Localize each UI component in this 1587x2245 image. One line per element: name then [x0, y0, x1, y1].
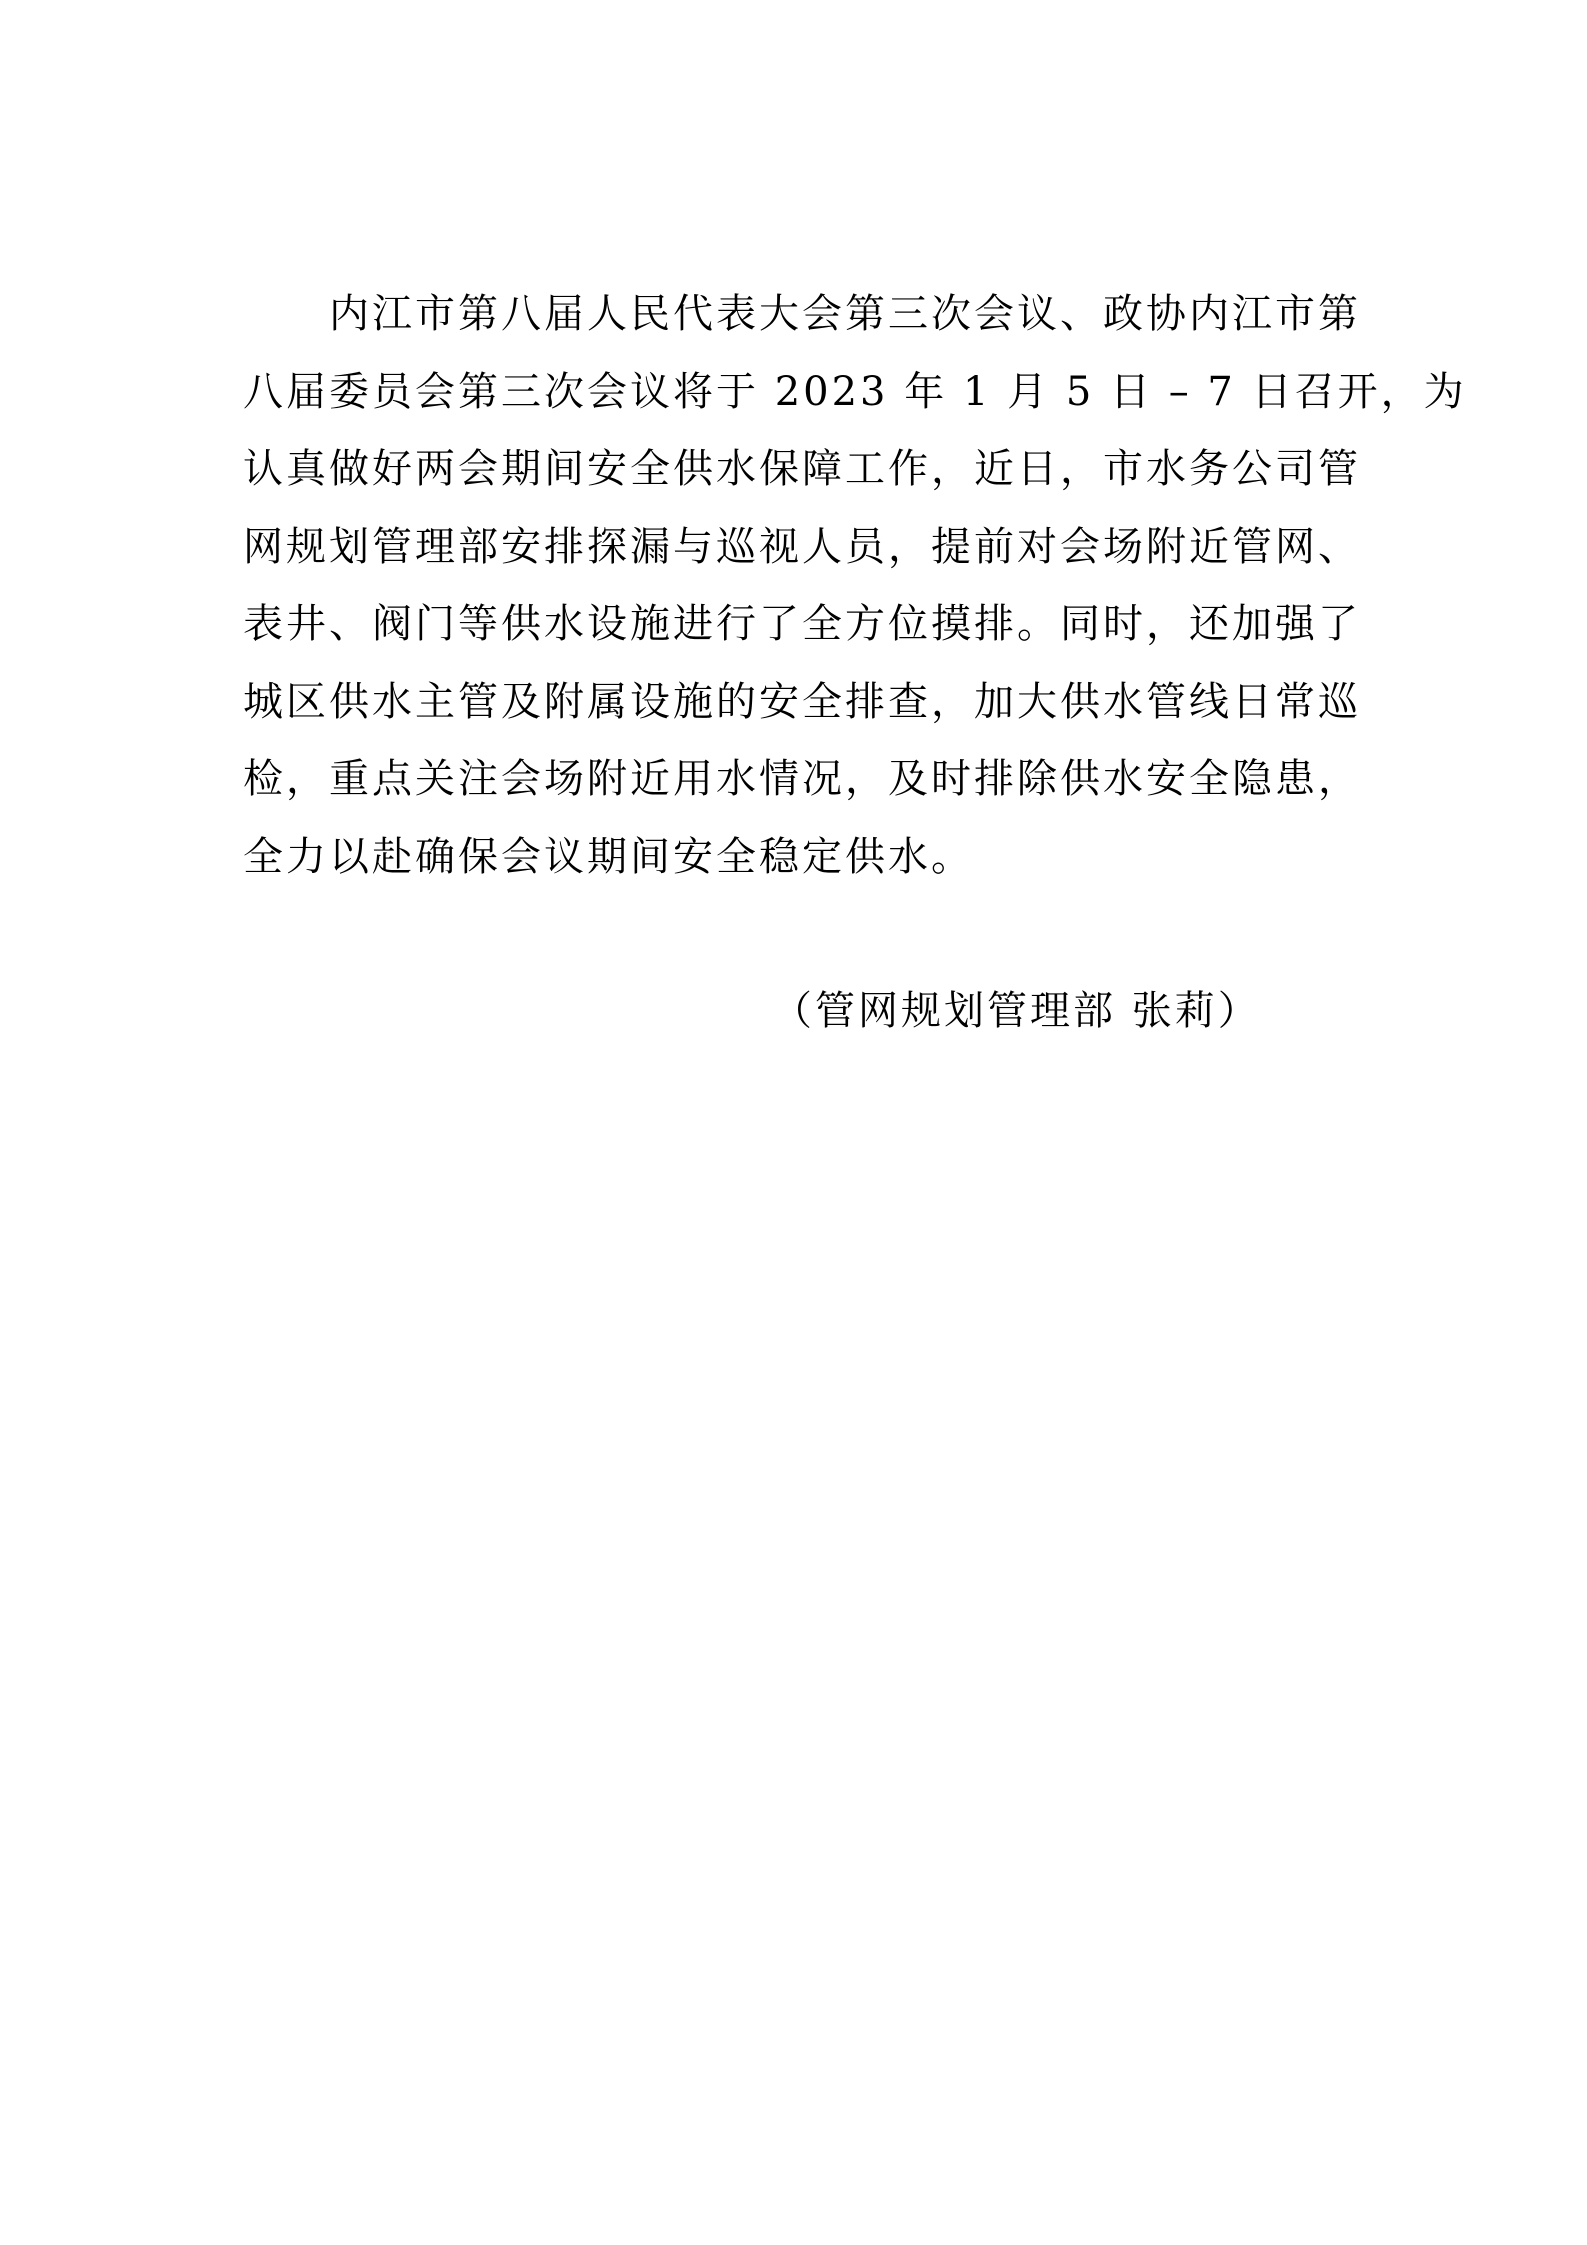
paragraph-line: 内江市第八届人民代表大会第三次会议、政协内江市第 — [243, 276, 1343, 354]
paragraph-line: 检，重点关注会场附近用水情况，及时排除供水安全隐患， — [243, 741, 1343, 819]
paragraph-line: 全力以赴确保会议期间安全稳定供水。 — [243, 819, 1343, 897]
paragraph-line: 城区供水主管及附属设施的安全排查，加大供水管线日常巡 — [243, 664, 1343, 742]
paragraph-line: 表井、阀门等供水设施进行了全方位摸排。同时，还加强了 — [243, 586, 1343, 664]
author-signature: （管网规划管理部 张莉） — [772, 973, 1261, 1051]
paragraph-line: 八届委员会第三次会议将于 2023 年 1 月 5 日 – 7 日召开，为 — [243, 354, 1343, 432]
paragraph-line: 网规划管理部安排探漏与巡视人员，提前对会场附近管网、 — [243, 509, 1343, 587]
body-paragraph: 内江市第八届人民代表大会第三次会议、政协内江市第 八届委员会第三次会议将于 20… — [243, 276, 1353, 896]
document-page: 内江市第八届人民代表大会第三次会议、政协内江市第 八届委员会第三次会议将于 20… — [0, 0, 1587, 2245]
paragraph-line: 认真做好两会期间安全供水保障工作，近日，市水务公司管 — [243, 431, 1343, 509]
